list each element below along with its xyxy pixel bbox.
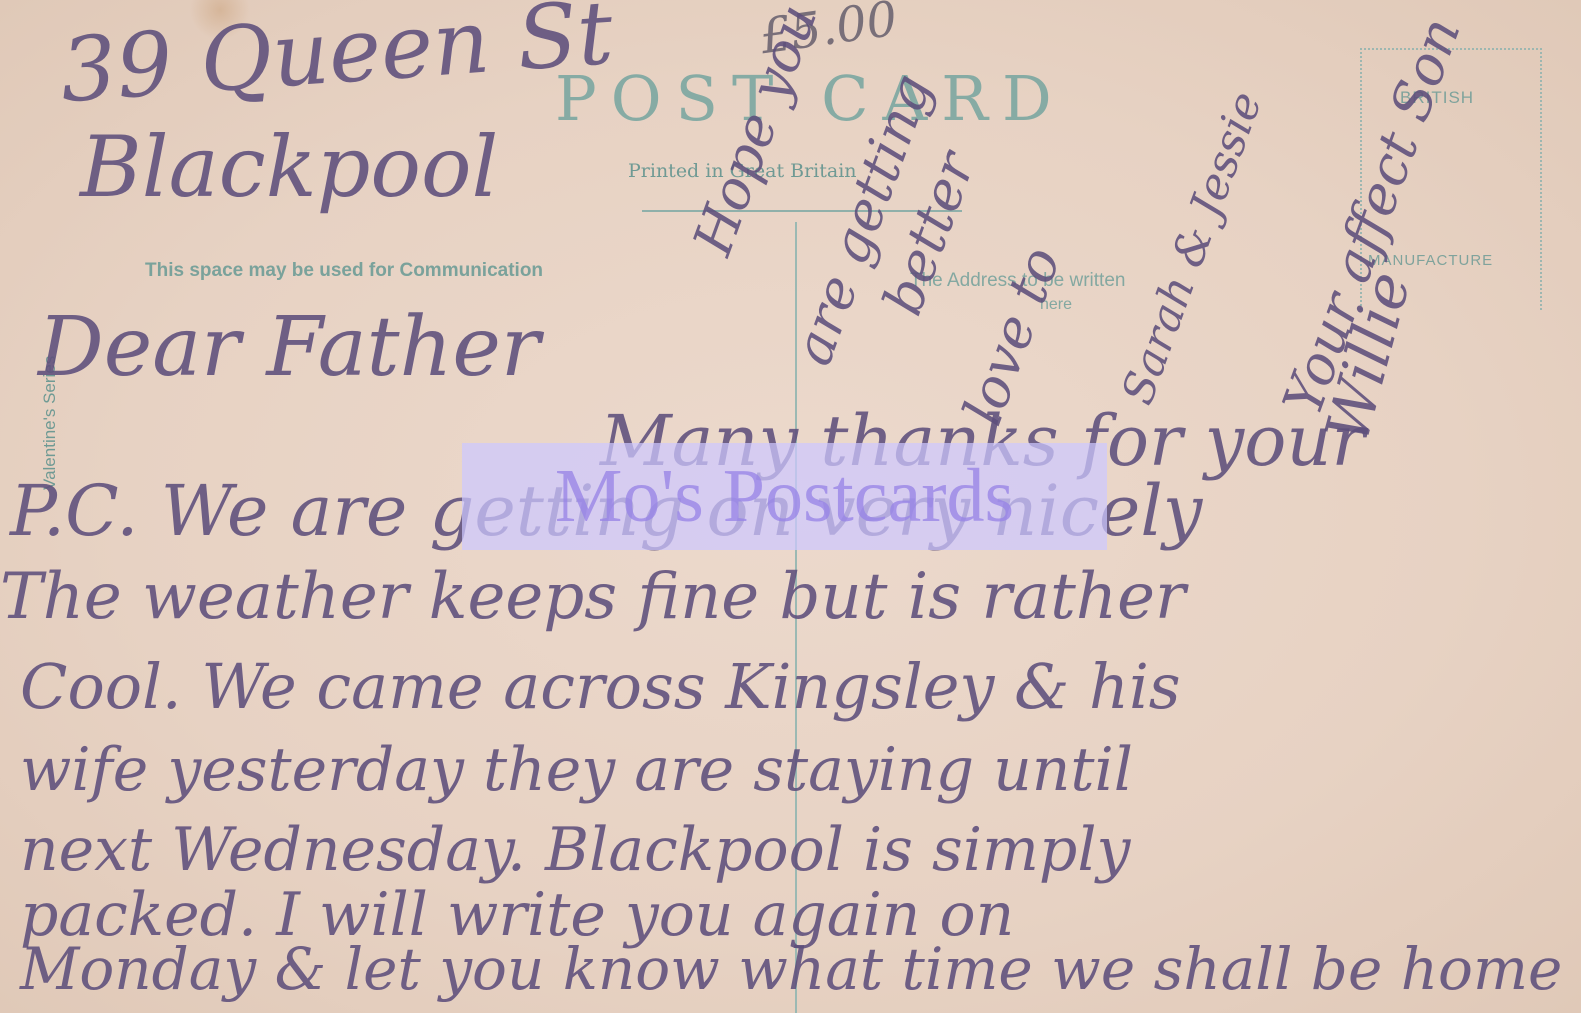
message-line: Monday & let you know what time we shall… (20, 935, 1562, 1003)
message-line: wife yesterday they are staying until (20, 735, 1133, 805)
sender-address-line: Blackpool (80, 118, 498, 216)
watermark-text: Mo's Postcards (555, 453, 1014, 540)
message-line: Cool. We came across Kingsley & his (20, 650, 1181, 723)
communication-label: This space may be used for Communication (145, 260, 543, 282)
message-line: next Wednesday. Blackpool is simply (20, 815, 1130, 885)
postcard-back: POST CARD Printed in Great Britain This … (0, 0, 1581, 1013)
postscript-line: Sarah & Jessie (1112, 85, 1272, 411)
watermark-band: Mo's Postcards (462, 443, 1107, 550)
sender-address-line: 39 Queen St (57, 0, 616, 122)
greeting: Dear Father (38, 300, 540, 395)
message-line: The weather keeps fine but is rather (0, 560, 1186, 634)
post-card-heading: POST CARD (555, 62, 1066, 135)
